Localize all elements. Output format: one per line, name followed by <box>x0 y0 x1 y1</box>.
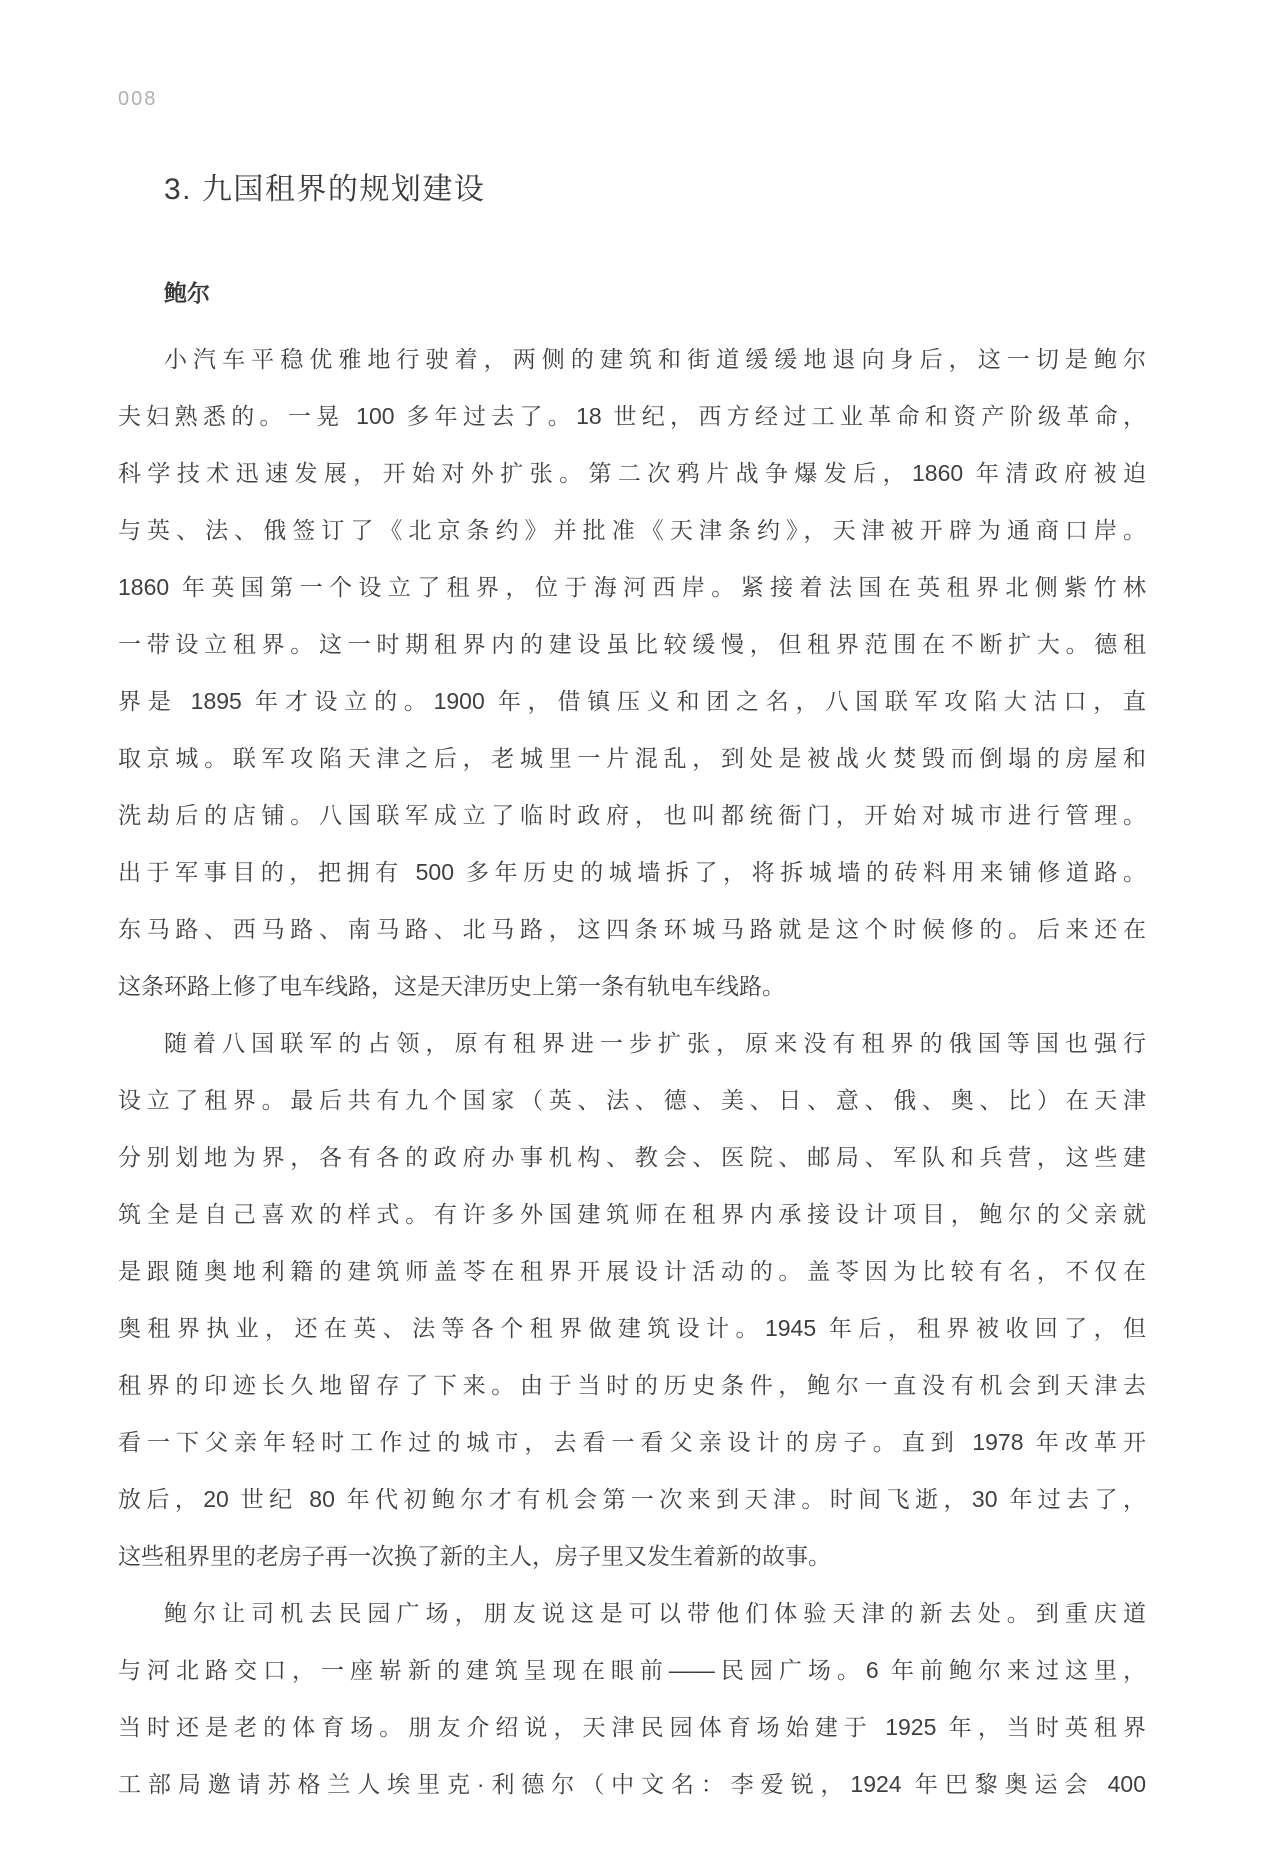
text-line: 工部局邀请苏格兰人埃里克·利德尔（中文名：李爱锐，1924 年巴黎奥运会 400 <box>118 1756 1146 1813</box>
text-line: 小汽车平稳优雅地行驶着，两侧的建筑和街道缓缓地退向身后，这一切是鲍尔 <box>118 331 1146 388</box>
paragraph: 小汽车平稳优雅地行驶着，两侧的建筑和街道缓缓地退向身后，这一切是鲍尔夫妇熟悉的。… <box>118 331 1146 1015</box>
text-line: 是跟随奥地利籍的建筑师盖苓在租界开展设计活动的。盖苓因为比较有名，不仅在 <box>118 1243 1146 1300</box>
text-line: 设立了租界。最后共有九个国家（英、法、德、美、日、意、俄、奥、比）在天津 <box>118 1072 1146 1129</box>
text-line: 奥租界执业，还在英、法等各个租界做建筑设计。1945 年后，租界被收回了，但 <box>118 1300 1146 1357</box>
text-line: 东马路、西马路、南马路、北马路，这四条环城马路就是这个时候修的。后来还在 <box>118 901 1146 958</box>
paragraph: 鲍尔让司机去民园广场，朋友说这是可以带他们体验天津的新去处。到重庆道与河北路交口… <box>118 1585 1146 1813</box>
text-line: 分别划地为界，各有各的政府办事机构、教会、医院、邮局、军队和兵营，这些建 <box>118 1129 1146 1186</box>
text-line: 科学技术迅速发展，开始对外扩张。第二次鸦片战争爆发后，1860 年清政府被迫 <box>118 445 1146 502</box>
text-line: 鲍尔让司机去民园广场，朋友说这是可以带他们体验天津的新去处。到重庆道 <box>118 1585 1146 1642</box>
text-line: 筑全是自己喜欢的样式。有许多外国建筑师在租界内承接设计项目，鲍尔的父亲就 <box>118 1186 1146 1243</box>
text-line: 这条环路上修了电车线路，这是天津历史上第一条有轨电车线路。 <box>118 958 1146 1015</box>
text-line: 租界的印迹长久地留存了下来。由于当时的历史条件，鲍尔一直没有机会到天津去 <box>118 1357 1146 1414</box>
text-line: 取京城。联军攻陷天津之后，老城里一片混乱，到处是被战火焚毁而倒塌的房屋和 <box>118 730 1146 787</box>
text-line: 一带设立租界。这一时期租界内的建设虽比较缓慢，但租界范围在不断扩大。德租 <box>118 616 1146 673</box>
text-line: 界是 1895 年才设立的。1900 年，借镇压义和团之名，八国联军攻陷大沽口，… <box>118 673 1146 730</box>
text-line: 与河北路交口，一座崭新的建筑呈现在眼前——民园广场。6 年前鲍尔来过这里， <box>118 1642 1146 1699</box>
body-text: 小汽车平稳优雅地行驶着，两侧的建筑和街道缓缓地退向身后，这一切是鲍尔夫妇熟悉的。… <box>118 331 1146 1813</box>
page-number: 008 <box>118 88 1146 110</box>
text-line: 这些租界里的老房子再一次换了新的主人，房子里又发生着新的故事。 <box>118 1528 1146 1585</box>
paragraph: 随着八国联军的占领，原有租界进一步扩张，原来没有租界的俄国等国也强行设立了租界。… <box>118 1015 1146 1585</box>
text-line: 当时还是老的体育场。朋友介绍说，天津民园体育场始建于 1925 年，当时英租界 <box>118 1699 1146 1756</box>
text-line: 看一下父亲年轻时工作过的城市，去看一看父亲设计的房子。直到 1978 年改革开 <box>118 1414 1146 1471</box>
text-line: 放后，20 世纪 80 年代初鲍尔才有机会第一次来到天津。时间飞逝，30 年过去… <box>118 1471 1146 1528</box>
text-line: 随着八国联军的占领，原有租界进一步扩张，原来没有租界的俄国等国也强行 <box>118 1015 1146 1072</box>
text-line: 夫妇熟悉的。一晃 100 多年过去了。18 世纪，西方经过工业革命和资产阶级革命… <box>118 388 1146 445</box>
text-line: 出于军事目的，把拥有 500 多年历史的城墙拆了，将拆城墙的砖料用来铺修道路。 <box>118 844 1146 901</box>
section-heading: 3. 九国租界的规划建设 <box>164 172 1146 208</box>
text-line: 与英、法、俄签订了《北京条约》并批准《天津条约》，天津被开辟为通商口岸。 <box>118 502 1146 559</box>
text-line: 1860 年英国第一个设立了租界，位于海河西岸。紧接着法国在英租界北侧紫竹林 <box>118 559 1146 616</box>
book-page: 008 3. 九国租界的规划建设 鲍尔 小汽车平稳优雅地行驶着，两侧的建筑和街道… <box>0 0 1268 1859</box>
subheading-speaker-name: 鲍尔 <box>164 280 1146 307</box>
text-line: 洗劫后的店铺。八国联军成立了临时政府，也叫都统衙门，开始对城市进行管理。 <box>118 787 1146 844</box>
